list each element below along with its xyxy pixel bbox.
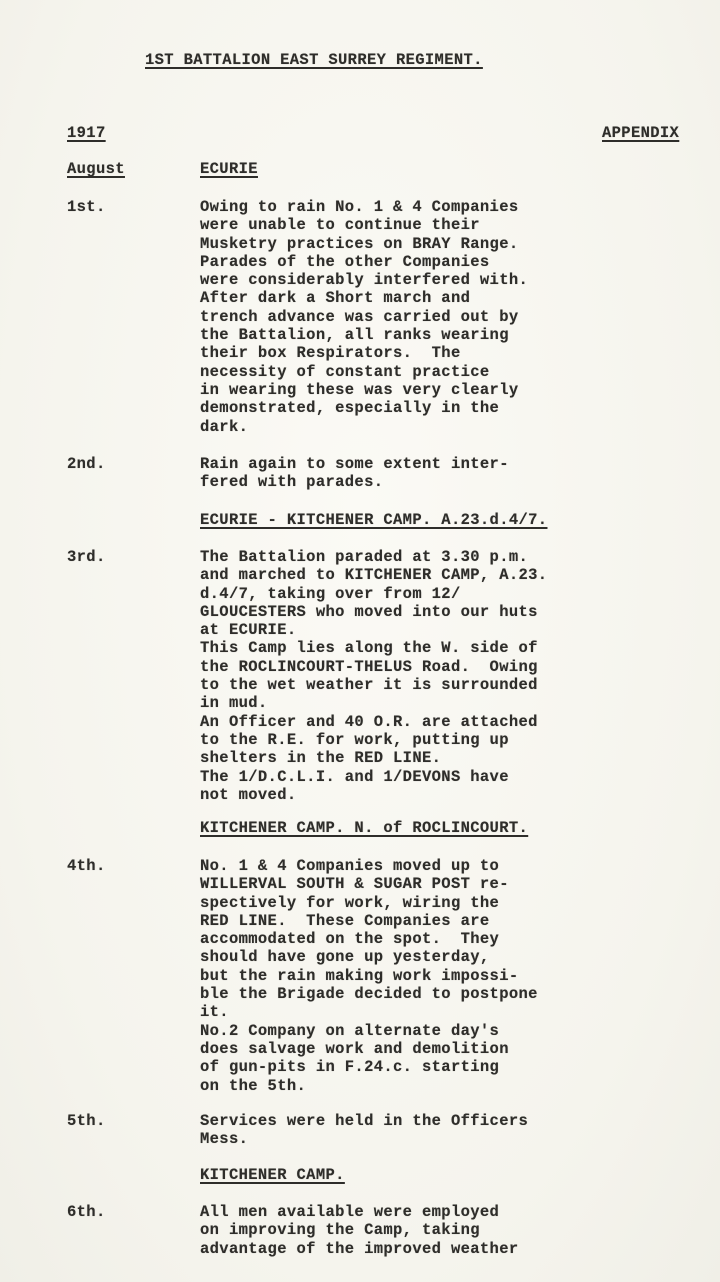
place-heading-kitchener-roclincourt: KITCHENER CAMP. N. of ROCLINCOURT. (200, 819, 528, 837)
entry-text-1st: Owing to rain No. 1 & 4 Companies were u… (200, 198, 528, 436)
entry-date-4th: 4th. (67, 857, 106, 875)
place-heading-kitchener-camp: KITCHENER CAMP. (200, 1166, 345, 1184)
entry-text-3rd: The Battalion paraded at 3.30 p.m. and m… (200, 548, 547, 804)
year-heading: 1917 (67, 124, 106, 142)
entry-text-6th: All men available were employed on impro… (200, 1203, 519, 1258)
typed-document-page: 1ST BATTALION EAST SURREY REGIMENT. 1917… (0, 0, 720, 1282)
month-heading: August (67, 160, 125, 178)
entry-text-5th: Services were held in the Officers Mess. (200, 1112, 528, 1149)
entry-text-4th: No. 1 & 4 Companies moved up to WILLERVA… (200, 857, 538, 1095)
place-heading-ecurie: ECURIE (200, 160, 258, 178)
entry-date-3rd: 3rd. (67, 548, 106, 566)
document-title: 1ST BATTALION EAST SURREY REGIMENT. (145, 51, 483, 69)
entry-date-2nd: 2nd. (67, 455, 106, 473)
entry-text-2nd: Rain again to some extent inter- fered w… (200, 455, 509, 492)
appendix-label: APPENDIX (602, 124, 679, 142)
entry-date-1st: 1st. (67, 198, 106, 216)
entry-date-6th: 6th. (67, 1203, 106, 1221)
place-heading-ecurie-kitchener: ECURIE - KITCHENER CAMP. A.23.d.4/7. (200, 511, 547, 529)
entry-date-5th: 5th. (67, 1112, 106, 1130)
